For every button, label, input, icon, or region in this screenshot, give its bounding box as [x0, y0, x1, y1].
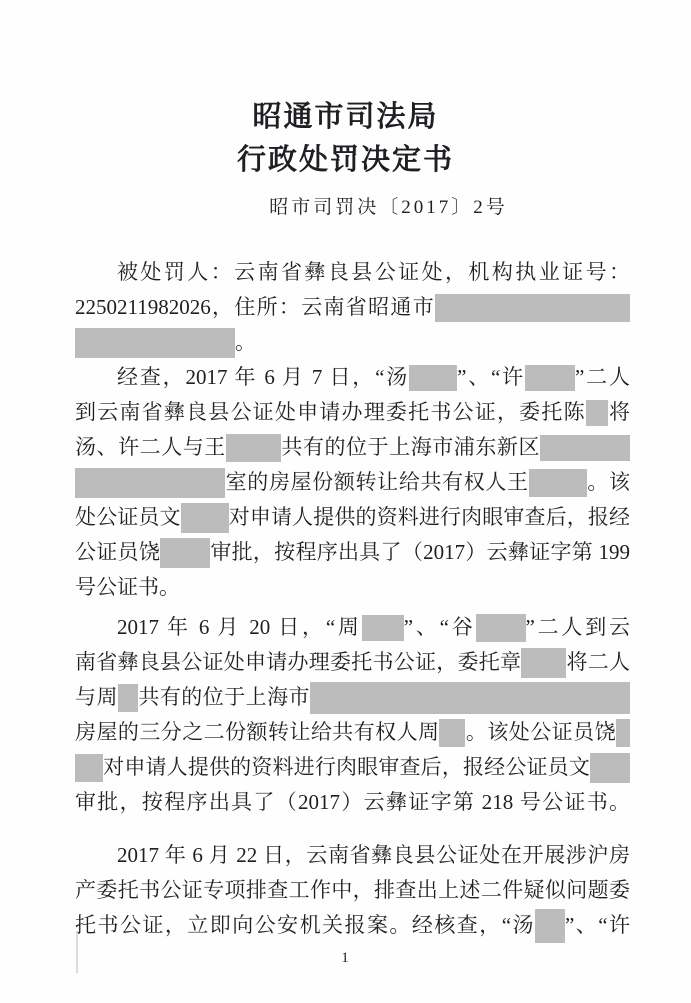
- redaction-box: [535, 909, 565, 943]
- text-run: 室的房屋份额转让给共有权人王: [225, 470, 529, 494]
- text-run: 。该: [587, 470, 630, 494]
- text-run: 。: [235, 330, 256, 354]
- text-run: ”二人: [575, 365, 630, 389]
- document-line: 到云南省彝良县公证处申请办理委托书公证，委托陈将: [75, 395, 630, 430]
- document-line: 与周共有的位于上海市: [75, 680, 630, 715]
- redaction-box: [616, 719, 630, 747]
- text-run: 。该处公证员饶: [465, 720, 616, 744]
- text-run: ”、“许: [565, 913, 630, 937]
- text-run: ”、“许: [457, 365, 525, 389]
- document-line: 。: [75, 325, 630, 360]
- text-run: 将二人: [566, 650, 630, 674]
- text-run: 审批，按程序出具了（2017）云彝证字第 218 号公证书。: [75, 790, 630, 814]
- redaction-box: [525, 365, 575, 391]
- redaction-box: [75, 328, 235, 358]
- text-run: 号公证书。: [75, 575, 180, 599]
- document-line: 2017 年 6 月 20 日，“周”、“谷”二人到云: [75, 610, 630, 645]
- text-run: 将: [608, 400, 630, 424]
- text-run: 共有的位于上海市: [138, 685, 310, 709]
- redaction-box: [75, 754, 103, 782]
- text-run: 托书公证，立即向公安机关报案。经核查，“汤: [75, 913, 535, 937]
- text-run: 共有的位于上海市浦东新区: [281, 435, 540, 459]
- document-type-title: 行政处罚决定书: [0, 139, 691, 182]
- text-run: 对申请人提供的资料进行肉眼审查后，报经公证员文: [103, 755, 590, 779]
- text-run: 到云南省彝良县公证处申请办理委托书公证，委托陈: [75, 400, 586, 424]
- paragraph: 经查，2017 年 6 月 7 日，“汤”、“许”二人到云南省彝良县公证处申请办…: [75, 360, 630, 605]
- redaction-box: [160, 538, 210, 568]
- redaction-box: [310, 682, 630, 714]
- redaction-box: [362, 615, 404, 641]
- document-header: 昭通市司法局 行政处罚决定书 昭市司罚决〔2017〕2号: [0, 0, 691, 219]
- text-run: 与周: [75, 685, 118, 709]
- text-run: 对申请人提供的资料进行肉眼审查后，报经: [229, 505, 630, 529]
- redaction-box: [118, 684, 138, 712]
- document-line: 托书公证，立即向公安机关报案。经核查，“汤”、“许: [75, 908, 630, 943]
- document-line: 2017 年 6 月 22 日，云南省彝良县公证处在开展涉沪房: [75, 838, 630, 873]
- document-line: 室的房屋份额转让给共有权人王。该: [75, 465, 630, 500]
- redaction-box: [439, 719, 465, 747]
- redaction-box: [226, 434, 281, 462]
- text-run: 房屋的三分之二份额转让给共有权人周: [75, 720, 439, 744]
- redaction-box: [476, 614, 526, 642]
- text-run: 审批，按程序出具了（2017）云彝证字第 199: [210, 540, 630, 564]
- text-run: 公证员饶: [75, 540, 160, 564]
- document-line: 处公证员文对申请人提供的资料进行肉眼审查后，报经: [75, 500, 630, 535]
- redaction-box: [409, 365, 457, 391]
- document-line: 汤、许二人与王共有的位于上海市浦东新区: [75, 430, 630, 465]
- issuing-authority-title: 昭通市司法局: [0, 96, 691, 139]
- document-line: 产委托书公证专项排查工作中，排查出上述二件疑似问题委: [75, 873, 630, 908]
- document-number: 昭市司罚决〔2017〕2号: [43, 192, 691, 219]
- document-line: 公证员饶审批，按程序出具了（2017）云彝证字第 199: [75, 535, 630, 570]
- text-run: ”二人到云: [526, 615, 630, 639]
- text-run: 处公证员文: [75, 505, 181, 529]
- document-line: 经查，2017 年 6 月 7 日，“汤”、“许”二人: [75, 360, 630, 395]
- page-number: 1: [0, 950, 691, 967]
- text-run: 南省彝良县公证处申请办理委托书公证，委托章: [75, 650, 521, 674]
- document-line: 南省彝良县公证处申请办理委托书公证，委托章将二人: [75, 645, 630, 680]
- document-line: 2250211982026，住所：云南省昭通市: [75, 290, 630, 325]
- text-run: 被处罚人：云南省彝良县公证处，机构执业证号：: [117, 260, 630, 284]
- text-run: 汤、许二人与王: [75, 435, 226, 459]
- document-line: 审批，按程序出具了（2017）云彝证字第 218 号公证书。: [75, 785, 630, 820]
- redaction-box: [590, 753, 630, 783]
- document-line: 被处罚人：云南省彝良县公证处，机构执业证号：: [75, 255, 630, 290]
- text-run: ”、“谷: [404, 615, 476, 639]
- redaction-box: [529, 469, 587, 497]
- redaction-box: [586, 400, 608, 426]
- text-run: 经查，2017 年 6 月 7 日，“汤: [117, 365, 409, 389]
- text-run: 产委托书公证专项排查工作中，排查出上述二件疑似问题委: [75, 878, 630, 902]
- paragraph: 2017 年 6 月 22 日，云南省彝良县公证处在开展涉沪房产委托书公证专项排…: [75, 838, 630, 943]
- redaction-box: [181, 503, 229, 533]
- document-line: 号公证书。: [75, 570, 630, 605]
- text-run: 2250211982026，住所：云南省昭通市: [75, 295, 435, 319]
- document-body: 被处罚人：云南省彝良县公证处，机构执业证号：2250211982026，住所：云…: [75, 255, 630, 943]
- paragraph: 2017 年 6 月 20 日，“周”、“谷”二人到云南省彝良县公证处申请办理委…: [75, 610, 630, 820]
- redaction-box: [521, 648, 566, 678]
- paragraph: 被处罚人：云南省彝良县公证处，机构执业证号：2250211982026，住所：云…: [75, 255, 630, 360]
- text-run: 2017 年 6 月 22 日，云南省彝良县公证处在开展涉沪房: [117, 843, 630, 867]
- document-line: 对申请人提供的资料进行肉眼审查后，报经公证员文: [75, 750, 630, 785]
- redaction-box: [540, 435, 630, 461]
- scanned-document-page: 昭通市司法局 行政处罚决定书 昭市司罚决〔2017〕2号 被处罚人：云南省彝良县…: [0, 0, 691, 1003]
- redaction-box: [75, 468, 225, 498]
- text-run: 2017 年 6 月 20 日，“周: [117, 615, 362, 639]
- document-line: 房屋的三分之二份额转让给共有权人周。该处公证员饶: [75, 715, 630, 750]
- redaction-box: [435, 294, 630, 322]
